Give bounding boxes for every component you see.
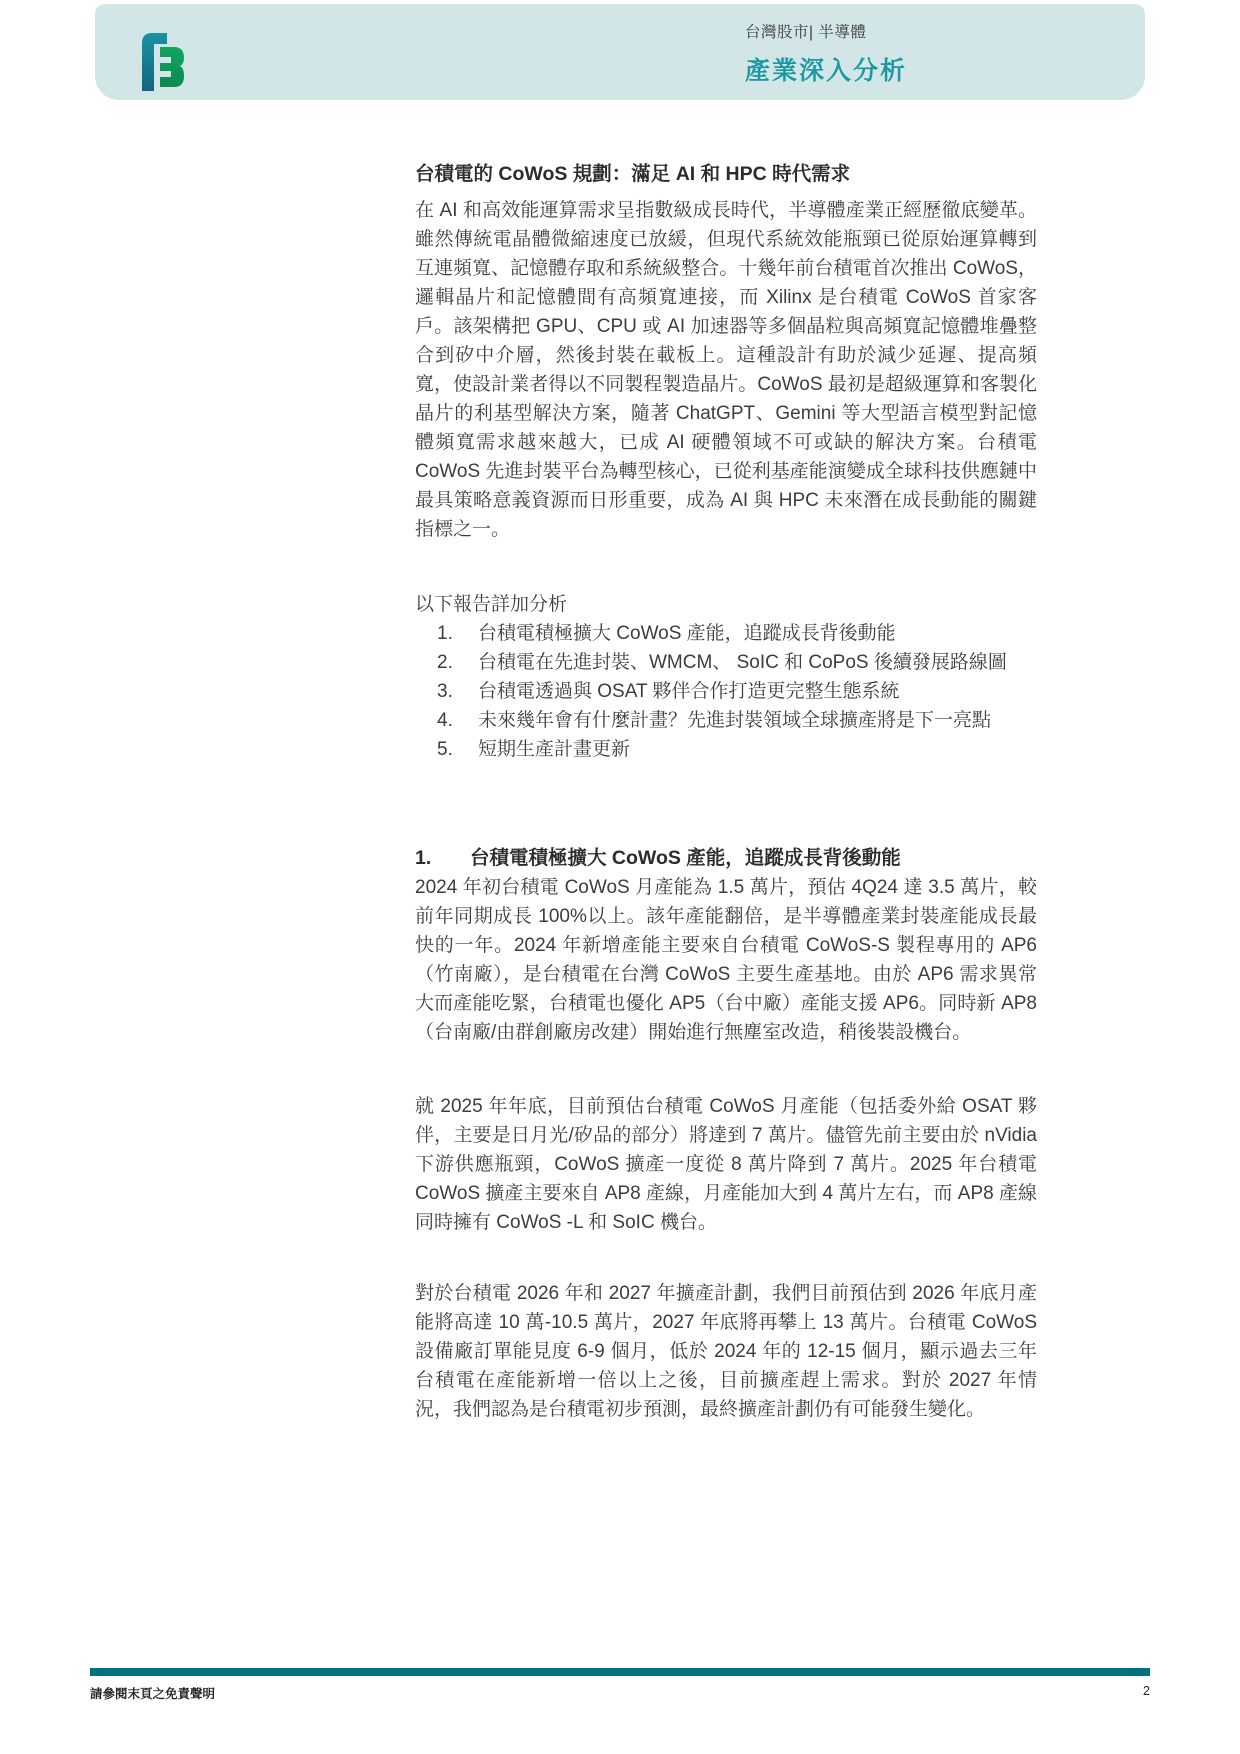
list-item-text: 台積電透過與 OSAT 夥伴合作打造更完整生態系統 [478,677,1037,706]
report-category: 台灣股市| 半導體 [745,20,907,42]
section-1-heading-text: 台積電積極擴大 CoWoS 產能，追蹤成長背後動能 [470,844,901,873]
list-item: 4. 未來幾年會有什麼計畫？先進封裝領域全球擴產將是下一亮點 [415,706,1037,735]
footer-disclaimer: 請參閱末頁之免責聲明 [90,1684,215,1702]
list-item-number: 2. [415,648,478,677]
footer-divider-bar [90,1668,1150,1676]
list-intro: 以下報告詳加分析 [415,590,1037,619]
list-item: 1. 台積電積極擴大 CoWoS 產能，追蹤成長背後動能 [415,619,1037,648]
fubon-logo-icon [139,32,185,92]
intro-paragraph: 在 AI 和高效能運算需求呈指數級成長時代，半導體產業正經歷徹底變革。雖然傳統電… [415,196,1037,544]
list-item-number: 5. [415,735,478,764]
article-title: 台積電的 CoWoS 規劃：滿足 AI 和 HPC 時代需求 [415,160,1037,189]
section-1-paragraph-3: 對於台積電 2026 年和 2027 年擴產計劃，我們目前預估到 2026 年底… [415,1279,1037,1424]
page-number: 2 [1090,1684,1150,1698]
list-item-number: 1. [415,619,478,648]
list-item-number: 4. [415,706,478,735]
list-item: 5. 短期生產計畫更新 [415,735,1037,764]
list-item: 3. 台積電透過與 OSAT 夥伴合作打造更完整生態系統 [415,677,1037,706]
list-item-text: 台積電在先進封裝、WMCM、 SoIC 和 CoPoS 後續發展路線圖 [478,648,1037,677]
section-1-heading: 1. 台積電積極擴大 CoWoS 產能，追蹤成長背後動能 [415,844,1037,873]
article-body: 台積電的 CoWoS 規劃：滿足 AI 和 HPC 時代需求 在 AI 和高效能… [415,160,1037,1424]
list-item-text: 短期生產計畫更新 [478,735,1037,764]
list-item-text: 未來幾年會有什麼計畫？先進封裝領域全球擴產將是下一亮點 [478,706,1037,735]
section-1-paragraph-2: 就 2025 年年底，目前預估台積電 CoWoS 月產能（包括委外給 OSAT … [415,1092,1037,1237]
section-1-paragraph-1: 2024 年初台積電 CoWoS 月產能為 1.5 萬片，預估 4Q24 達 3… [415,873,1037,1047]
report-page: 台灣股市| 半導體 產業深入分析 台積電的 CoWoS 規劃：滿足 AI 和 H… [0,0,1240,1754]
list-item: 2. 台積電在先進封裝、WMCM、 SoIC 和 CoPoS 後續發展路線圖 [415,648,1037,677]
list-item-text: 台積電積極擴大 CoWoS 產能，追蹤成長背後動能 [478,619,1037,648]
report-outline-list: 1. 台積電積極擴大 CoWoS 產能，追蹤成長背後動能 2. 台積電在先進封裝… [415,619,1037,764]
report-type-title: 產業深入分析 [745,51,907,87]
fubon-logo-svg [139,32,185,92]
list-item-number: 3. [415,677,478,706]
header-text-block: 台灣股市| 半導體 產業深入分析 [745,20,907,87]
section-1-number: 1. [415,844,470,873]
header-banner: 台灣股市| 半導體 產業深入分析 [95,4,1145,100]
